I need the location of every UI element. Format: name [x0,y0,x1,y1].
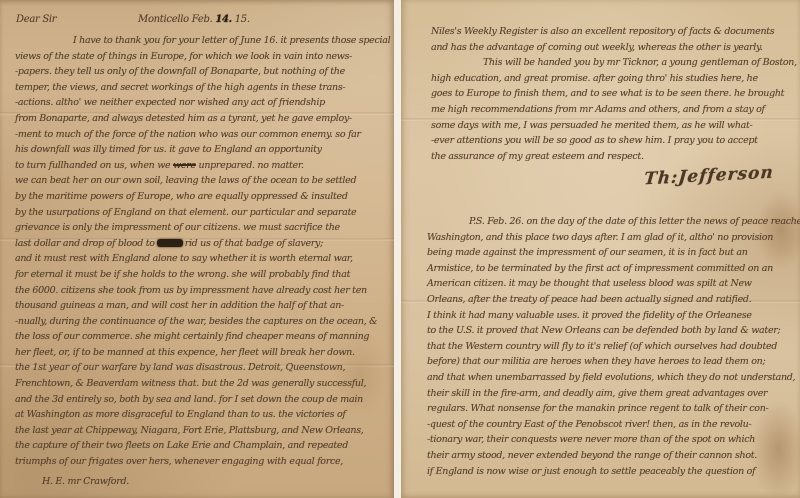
manuscript-line: high education, and great promise. after… [431,71,795,87]
manuscript-line: the last year at Chippeway, Niagara, For… [15,423,389,439]
manuscript-line: his downfall was illy timed for us. it g… [15,142,389,158]
manuscript-line: to the U.S. it proved that New Orleans c… [427,323,795,339]
manuscript-line: grievance is only the impressment of our… [15,220,389,236]
manuscript-line: -ment to much of the force of the nation… [15,127,389,143]
manuscript-line: being made against the impressment of ou… [427,245,795,261]
salutation: Dear Sir [16,12,56,28]
manuscript-line: American citizen. it may be thought that… [427,276,795,292]
manuscript-line: -ever attentions you will be so good as … [431,133,795,149]
manuscript-line: her fleet, or, if to be manned at this e… [15,345,389,361]
manuscript-line: views of the state of things in Europe, … [15,49,389,65]
manuscript-line: and that when unembarrassed by field evo… [427,370,795,386]
manuscript-line: me high recommendations from mr Adams an… [431,102,795,118]
addressee-note: H. E. mr Crawford. [42,474,129,490]
manuscript-line: by the maritime powers of Europe, who ar… [15,189,389,205]
line-text: to turn fullhanded on us, when we [15,160,173,171]
manuscript-line: Armistice, to be terminated by the first… [427,261,795,277]
postscript: P.S. Feb. 26. on the day of the date of … [427,214,795,479]
dateline-day-corrected: 14. [215,14,232,25]
dateline-place: Monticello Feb. [138,14,212,25]
manuscript-line-with-strikeout: to turn fullhanded on us, when we were u… [15,158,389,174]
manuscript-line: and the 3d entirely so, both by sea and … [15,392,389,408]
page2-body: Niles's Weekly Register is also an excel… [431,24,795,164]
dateline: Monticello Feb. 14. 15. [138,12,250,28]
dateline-year: 15. [235,14,250,25]
manuscript-line: Frenchtown, & Beaverdam witness that. bu… [15,376,389,392]
manuscript-line: and has the advantage of coming out week… [431,40,795,56]
manuscript-line: Washington, and this place two days afte… [427,230,795,246]
manuscript-line: I have to thank you for your letter of J… [15,33,389,49]
manuscript-line: their skill in the fire-arm, and deadly … [427,386,795,402]
line-text: unprepared. no matter. [196,160,304,171]
line-text: rid us of that badge of slavery; [185,238,323,249]
letter-page-2: Niles's Weekly Register is also an excel… [401,0,800,498]
manuscript-line: Orleans, after the treaty of peace had b… [427,292,795,308]
manuscript-line: at Washington as more disgraceful to Eng… [15,407,389,423]
manuscript-line: their army stood, never extended beyond … [427,448,795,464]
struck-word: were [173,160,196,171]
manuscript-line: temper, the views, and secret workings o… [15,80,389,96]
manuscript-line: the assurance of my great esteem and res… [431,149,795,165]
manuscript-line: for eternal it must be if she holds to t… [15,267,389,283]
manuscript-line: regulars. What nonsense for the manakin … [427,401,795,417]
manuscript-line: by the usurpations of England on that el… [15,205,389,221]
jefferson-signature: Th:Jefferson [643,163,774,190]
manuscript-line: thousand guineas a man, and will cost he… [15,298,389,314]
manuscript-line: Niles's Weekly Register is also an excel… [431,24,795,40]
manuscript-line: the capture of their two fleets on Lake … [15,438,389,454]
manuscript-line-with-blot: last dollar and drop of blood torid us o… [15,236,389,252]
line-text: last dollar and drop of blood to [15,238,155,249]
manuscript-line: P.S. Feb. 26. on the day of the date of … [427,214,795,230]
manuscript-line: the 6000. citizens she took from us by i… [15,283,389,299]
ink-blot [157,239,183,247]
manuscript-line: -quest of the country East of the Penobs… [427,417,795,433]
manuscript-line: the 1st year of our warfare by land was … [15,360,389,376]
letter-page-1: Dear Sir Monticello Feb. 14. 15. I have … [0,0,394,498]
manuscript-line: This will be handed you by mr Ticknor, a… [431,55,795,71]
manuscript-line: goes to Europe to finish them, and to se… [431,86,795,102]
manuscript-line: -papers. they tell us only of the downfa… [15,64,389,80]
manuscript-line: -tionary war, their conquests were never… [427,432,795,448]
page1-body: I have to thank you for your letter of J… [15,33,389,470]
manuscript-line: we can beat her on our own soil, leaving… [15,173,389,189]
manuscript-line: the loss of our commerce. she might cert… [15,329,389,345]
manuscript-line: and it must rest with England alone to s… [15,251,389,267]
manuscript-line: some days with me, I was persuaded he me… [431,118,795,134]
manuscript-line: -actions. altho' we neither expected nor… [15,95,389,111]
manuscript-line: if England is now wise or just enough to… [427,464,795,480]
manuscript-line: from Bonaparte, and always detested him … [15,111,389,127]
manuscript-line: -nually, during the continuance of the w… [15,314,389,330]
manuscript-line: that the Western country will fly to it'… [427,339,795,355]
manuscript-line: triumphs of our frigates over hers, when… [15,454,389,470]
manuscript-line: before) that our militia are heroes when… [427,354,795,370]
manuscript-line: I think it had many valuable uses. it pr… [427,308,795,324]
